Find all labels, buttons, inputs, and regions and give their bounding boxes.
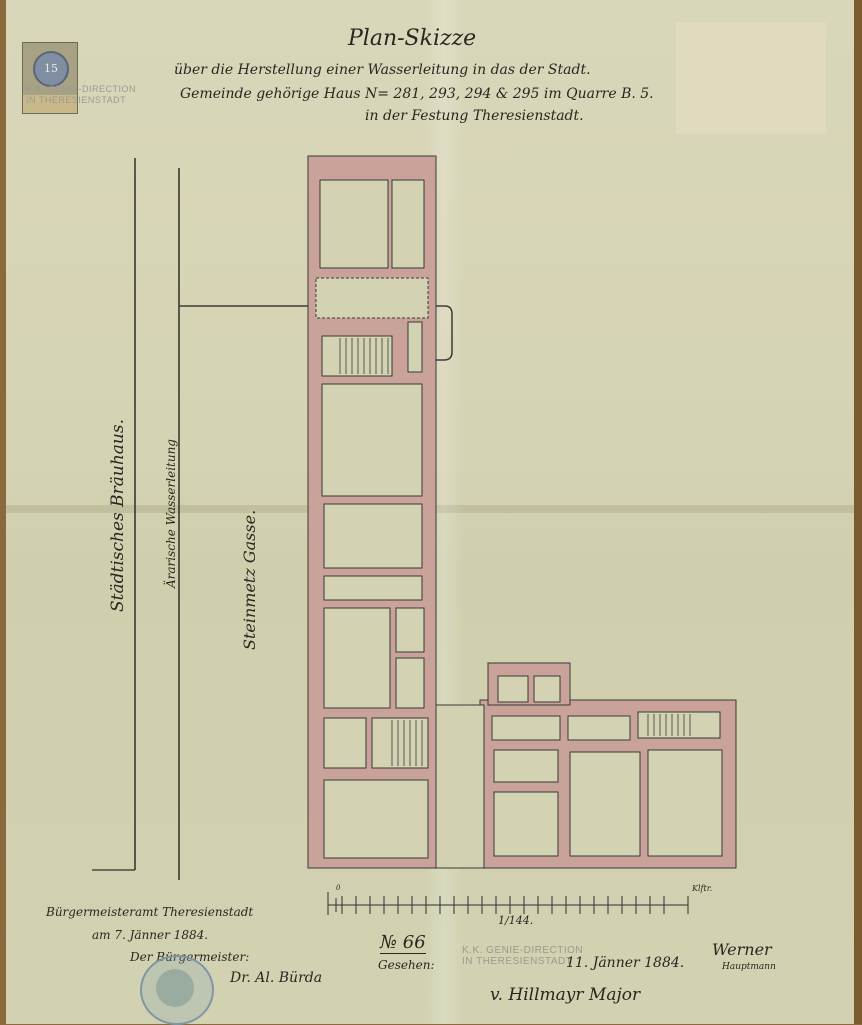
label-brewery: Städtisches Bräuhaus.: [108, 419, 128, 612]
floor-plan-drawing: [0, 0, 862, 1024]
mayor-note-line-1: Bürgermeisteramt Theresienstadt: [46, 905, 253, 919]
mayor-signature: Dr. Al. Bürda: [230, 970, 322, 986]
rooms: [316, 180, 722, 858]
faint-office-stamp-bottom: K.K. GENIE-DIRECTION IN THERESIENSTADT: [462, 945, 583, 967]
signature-right: Werner: [712, 940, 772, 959]
scale-ticks: 0: [336, 884, 340, 892]
seen-label: Gesehen:: [378, 958, 435, 972]
signature-right-title: Hauptmann: [722, 962, 776, 972]
approval-date: 11. Jänner 1884.: [566, 955, 684, 971]
municipal-seal: [140, 955, 214, 1024]
signature-bottom: v. Hillmayr Major: [490, 985, 640, 1005]
mayor-note-line-2: am 7. Jänner 1884.: [92, 928, 208, 942]
label-street: Steinmetz Gasse.: [240, 510, 259, 650]
scale-end-label: Klftr.: [692, 884, 712, 893]
label-water-main: Ärarische Wasserleitung: [164, 439, 178, 588]
document-number: № 66: [380, 932, 426, 954]
scale-ratio: 1/144.: [498, 914, 533, 927]
scale-bar: [328, 892, 688, 915]
